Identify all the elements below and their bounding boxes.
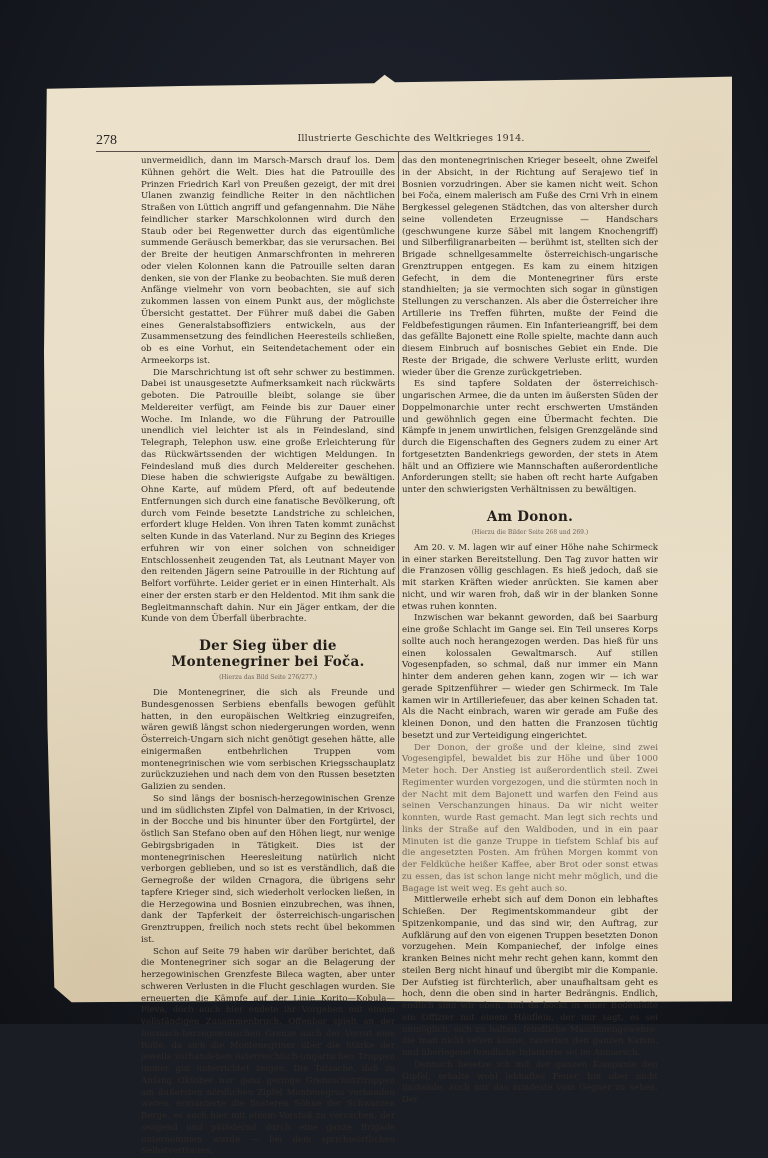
- page-number: 278: [96, 133, 117, 149]
- right-column: das den montenegrinischen Krieger beseel…: [402, 156, 658, 1024]
- paragraph: Mittlerweile erhebt sich auf dem Donon e…: [402, 895, 658, 1024]
- page-header: 278 Illustrierte Geschichte des Weltkrie…: [96, 131, 650, 152]
- paragraph: Es sind tapfere Soldaten der österreichi…: [402, 379, 658, 497]
- section-caption: (Hierzu die Bilder Seite 268 und 269.): [402, 528, 658, 537]
- section-caption: (Hierzu das Bild Seite 276/277.): [141, 673, 395, 682]
- section-title: Am Donon.: [402, 509, 658, 525]
- paragraph: So sind längs der bosnisch-herzegowinisc…: [141, 794, 395, 947]
- paragraph: Die Montenegriner, die sich als Freunde …: [141, 688, 395, 794]
- paragraph: Die Marschrichtung ist oft sehr schwer z…: [141, 368, 395, 627]
- left-column: unvermeidlich, dann im Marsch-Marsch dra…: [141, 156, 395, 1024]
- running-title: Illustrierte Geschichte des Weltkrieges …: [246, 133, 576, 144]
- paragraph: das den montenegrinischen Krieger beseel…: [402, 156, 658, 379]
- paragraph: Inzwischen war bekannt geworden, daß bei…: [402, 613, 658, 742]
- section-title: Der Sieg über die Montenegriner bei Foča…: [141, 638, 395, 670]
- paragraph: Am 20. v. M. lagen wir auf einer Höhe na…: [402, 543, 658, 614]
- paragraph: Schon auf Seite 79 haben wir darüber ber…: [141, 947, 395, 1025]
- paragraph: unvermeidlich, dann im Marsch-Marsch dra…: [141, 156, 395, 368]
- column-divider: [398, 152, 399, 922]
- paragraph: Der Donon, der große und der kleine, sin…: [402, 743, 658, 896]
